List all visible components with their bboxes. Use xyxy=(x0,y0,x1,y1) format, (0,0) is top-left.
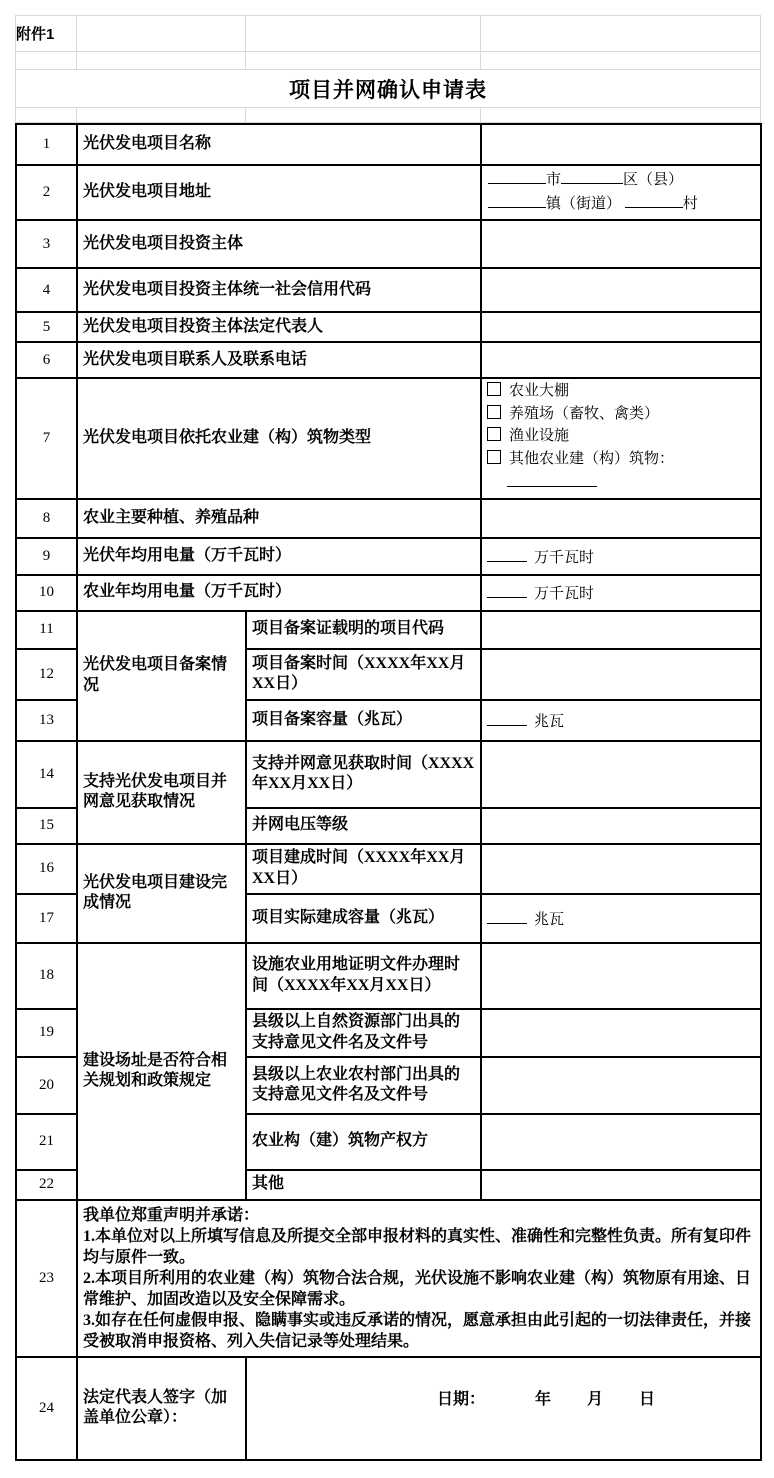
row-number: 12 xyxy=(16,649,77,700)
signature-label: 法定代表人签字（加盖单位公章）： xyxy=(77,1357,246,1460)
group-label: 光伏发电项目建设完成情况 xyxy=(77,844,246,943)
checkbox-icon[interactable] xyxy=(487,382,501,396)
date-prefix: 日期： xyxy=(437,1391,485,1408)
checkbox-icon[interactable] xyxy=(487,405,501,419)
row-number: 13 xyxy=(16,700,77,741)
sub-field-label: 项目备案证载明的项目代码 xyxy=(246,611,481,649)
table-row: 7 光伏发电项目依托农业建（构）筑物类型 农业大棚 养殖场（畜牧、禽类） 渔业设… xyxy=(16,378,761,499)
row-number: 7 xyxy=(16,378,77,499)
building-type-options: 农业大棚 养殖场（畜牧、禽类） 渔业设施 其他农业建（构）筑物： xyxy=(481,378,761,499)
address-part: 村 xyxy=(683,196,698,212)
table-row: 6 光伏发电项目联系人及联系电话 xyxy=(16,342,761,378)
checkbox-label: 其他农业建（构）筑物： xyxy=(509,451,674,467)
row-number: 4 xyxy=(16,268,77,312)
attachment-label: 附件1 xyxy=(16,16,77,52)
empty-cell xyxy=(16,52,77,70)
form-title: 项目并网确认申请表 xyxy=(16,70,761,108)
declaration-line: 2.本项目所利用的农业建（构）筑物合法合规，光伏设施不影响农业建（构）筑物原有用… xyxy=(83,1268,755,1310)
field-label: 光伏年均用电量（万千瓦时） xyxy=(77,538,481,575)
empty-cell xyxy=(481,52,761,70)
row-number: 10 xyxy=(16,575,77,611)
address-value[interactable]: 市区（县） 镇（街道） 村 xyxy=(481,165,761,220)
table-row: 18 建设场址是否符合相关规划和政策规定 设施农业用地证明文件办理时间（XXXX… xyxy=(16,943,761,1009)
empty-cell xyxy=(481,108,761,123)
row-number: 24 xyxy=(16,1357,77,1460)
table-row: 8 农业主要种植、养殖品种 xyxy=(16,499,761,538)
row-number: 21 xyxy=(16,1114,77,1170)
blank-line xyxy=(487,909,527,924)
address-line-1: 市区（县） xyxy=(487,169,755,192)
address-line-2: 镇（街道） 村 xyxy=(487,193,755,216)
empty-cell xyxy=(246,52,481,70)
field-value[interactable] xyxy=(481,499,761,538)
sub-field-label: 农业构（建）筑物产权方 xyxy=(246,1114,481,1170)
field-label: 农业主要种植、养殖品种 xyxy=(77,499,481,538)
checkbox-label: 渔业设施 xyxy=(509,428,569,444)
field-value[interactable]: 万千瓦时 xyxy=(481,538,761,575)
address-part: 区（县） xyxy=(623,172,683,188)
field-value[interactable]: 兆瓦 xyxy=(481,894,761,943)
unit-label: 兆瓦 xyxy=(534,714,564,730)
address-part: 市 xyxy=(546,172,561,188)
sub-field-label: 并网电压等级 xyxy=(246,808,481,844)
checkbox-option[interactable]: 农业大棚 xyxy=(487,380,755,403)
row-number: 23 xyxy=(16,1200,77,1357)
field-label: 光伏发电项目投资主体法定代表人 xyxy=(77,312,481,342)
field-label: 光伏发电项目地址 xyxy=(77,165,481,220)
row-number: 1 xyxy=(16,124,77,165)
row-number: 22 xyxy=(16,1170,77,1200)
empty-cell xyxy=(246,108,481,123)
top-grid: 附件1 项目并网确认申请表 xyxy=(15,15,761,123)
row-number: 2 xyxy=(16,165,77,220)
sub-field-label: 支持并网意见获取时间（XXXX年XX月XX日） xyxy=(246,741,481,808)
table-row: 16 光伏发电项目建设完成情况 项目建成时间（XXXX年XX月XX日） xyxy=(16,844,761,894)
date-day-label: 日 xyxy=(639,1391,655,1408)
blank-line xyxy=(488,169,546,184)
unit-label: 万千瓦时 xyxy=(534,586,594,602)
checkbox-icon[interactable] xyxy=(487,450,501,464)
row-number: 6 xyxy=(16,342,77,378)
field-value[interactable] xyxy=(481,943,761,1009)
sub-field-label: 其他 xyxy=(246,1170,481,1200)
field-value[interactable] xyxy=(481,312,761,342)
field-value[interactable]: 兆瓦 xyxy=(481,700,761,741)
table-row: 14 支持光伏发电项目并网意见获取情况 支持并网意见获取时间（XXXX年XX月X… xyxy=(16,741,761,808)
date-year-label: 年 xyxy=(535,1391,551,1408)
row-number: 15 xyxy=(16,808,77,844)
sub-field-label: 项目备案时间（XXXX年XX月XX日） xyxy=(246,649,481,700)
field-label: 光伏发电项目投资主体统一社会信用代码 xyxy=(77,268,481,312)
field-value[interactable] xyxy=(481,808,761,844)
row-number: 14 xyxy=(16,741,77,808)
field-value[interactable] xyxy=(481,1009,761,1057)
blank-line xyxy=(507,472,597,487)
field-value[interactable] xyxy=(481,649,761,700)
field-value[interactable] xyxy=(481,342,761,378)
row-number: 20 xyxy=(16,1057,77,1114)
field-label: 光伏发电项目依托农业建（构）筑物类型 xyxy=(77,378,481,499)
sub-field-label: 项目备案容量（兆瓦） xyxy=(246,700,481,741)
table-row: 3 光伏发电项目投资主体 xyxy=(16,220,761,268)
row-number: 3 xyxy=(16,220,77,268)
sub-field-label: 项目实际建成容量（兆瓦） xyxy=(246,894,481,943)
empty-cell xyxy=(77,16,246,52)
group-label: 支持光伏发电项目并网意见获取情况 xyxy=(77,741,246,844)
checkbox-label: 农业大棚 xyxy=(509,383,569,399)
row-number: 11 xyxy=(16,611,77,649)
checkbox-label: 养殖场（畜牧、禽类） xyxy=(509,406,659,422)
blank-line xyxy=(561,169,623,184)
field-value[interactable] xyxy=(481,1057,761,1114)
field-label: 农业年均用电量（万千瓦时） xyxy=(77,575,481,611)
field-value[interactable] xyxy=(481,220,761,268)
table-row: 1 光伏发电项目名称 xyxy=(16,124,761,165)
row-number: 8 xyxy=(16,499,77,538)
group-label: 建设场址是否符合相关规划和政策规定 xyxy=(77,943,246,1200)
table-row: 10 农业年均用电量（万千瓦时） 万千瓦时 xyxy=(16,575,761,611)
sub-field-label: 县级以上自然资源部门出具的支持意见文件名及文件号 xyxy=(246,1009,481,1057)
row-number: 19 xyxy=(16,1009,77,1057)
blank-line xyxy=(488,193,546,208)
unit-label: 万千瓦时 xyxy=(534,550,594,566)
row-number: 16 xyxy=(16,844,77,894)
field-value[interactable] xyxy=(481,124,761,165)
field-value[interactable] xyxy=(481,1114,761,1170)
group-label: 光伏发电项目备案情况 xyxy=(77,611,246,741)
declaration-text: 我单位郑重声明并承诺： 1.本单位对以上所填写信息及所提交全部申报材料的真实性、… xyxy=(77,1200,761,1357)
blank-line xyxy=(487,583,527,598)
form-sheet: 附件1 项目并网确认申请表 1 光伏发电项目名称 xyxy=(15,15,760,1461)
blank-line xyxy=(625,193,683,208)
sub-field-label: 项目建成时间（XXXX年XX月XX日） xyxy=(246,844,481,894)
field-label: 光伏发电项目名称 xyxy=(77,124,481,165)
unit-label: 兆瓦 xyxy=(534,912,564,928)
row-number: 9 xyxy=(16,538,77,575)
field-value[interactable] xyxy=(481,611,761,649)
table-row: 2 光伏发电项目地址 市区（县） 镇（街道） 村 xyxy=(16,165,761,220)
signature-area[interactable]: 日期：年月日 xyxy=(246,1357,761,1460)
checkbox-option[interactable]: 其他农业建（构）筑物： xyxy=(487,448,755,471)
checkbox-option[interactable]: 养殖场（畜牧、禽类） xyxy=(487,403,755,426)
sub-field-label: 设施农业用地证明文件办理时间（XXXX年XX月XX日） xyxy=(246,943,481,1009)
table-row: 23 我单位郑重声明并承诺： 1.本单位对以上所填写信息及所提交全部申报材料的真… xyxy=(16,1200,761,1357)
checkbox-icon[interactable] xyxy=(487,427,501,441)
row-number: 17 xyxy=(16,894,77,943)
table-row: 9 光伏年均用电量（万千瓦时） 万千瓦时 xyxy=(16,538,761,575)
form-table: 1 光伏发电项目名称 2 光伏发电项目地址 市区（县） 镇（街道） 村 3 光伏… xyxy=(15,123,762,1461)
row-number: 18 xyxy=(16,943,77,1009)
empty-cell xyxy=(16,108,77,123)
blank-line xyxy=(487,547,527,562)
blank-line xyxy=(487,711,527,726)
checkbox-option[interactable]: 渔业设施 xyxy=(487,425,755,448)
empty-cell xyxy=(481,16,761,52)
field-label: 光伏发电项目联系人及联系电话 xyxy=(77,342,481,378)
field-value[interactable] xyxy=(481,741,761,808)
field-value[interactable] xyxy=(481,268,761,312)
date-month-label: 月 xyxy=(587,1391,603,1408)
table-row: 11 光伏发电项目备案情况 项目备案证载明的项目代码 xyxy=(16,611,761,649)
empty-cell xyxy=(246,16,481,52)
empty-cell xyxy=(77,52,246,70)
table-row: 4 光伏发电项目投资主体统一社会信用代码 xyxy=(16,268,761,312)
declaration-line: 1.本单位对以上所填写信息及所提交全部申报材料的真实性、准确性和完整性负责。所有… xyxy=(83,1226,755,1268)
empty-cell xyxy=(77,108,246,123)
field-value[interactable]: 万千瓦时 xyxy=(481,575,761,611)
field-label: 光伏发电项目投资主体 xyxy=(77,220,481,268)
field-value[interactable] xyxy=(481,1170,761,1200)
table-row: 24 法定代表人签字（加盖单位公章）： 日期：年月日 xyxy=(16,1357,761,1460)
date-line: 日期：年月日 xyxy=(252,1386,755,1431)
other-type-blank[interactable] xyxy=(507,472,755,495)
table-row: 5 光伏发电项目投资主体法定代表人 xyxy=(16,312,761,342)
declaration-line: 3.如存在任何虚假申报、隐瞒事实或违反承诺的情况，愿意承担由此引起的一切法律责任… xyxy=(83,1310,755,1352)
declaration-line: 我单位郑重声明并承诺： xyxy=(83,1205,755,1226)
row-number: 5 xyxy=(16,312,77,342)
field-value[interactable] xyxy=(481,844,761,894)
address-part: 镇（街道） xyxy=(546,196,621,212)
sub-field-label: 县级以上农业农村部门出具的支持意见文件名及文件号 xyxy=(246,1057,481,1114)
